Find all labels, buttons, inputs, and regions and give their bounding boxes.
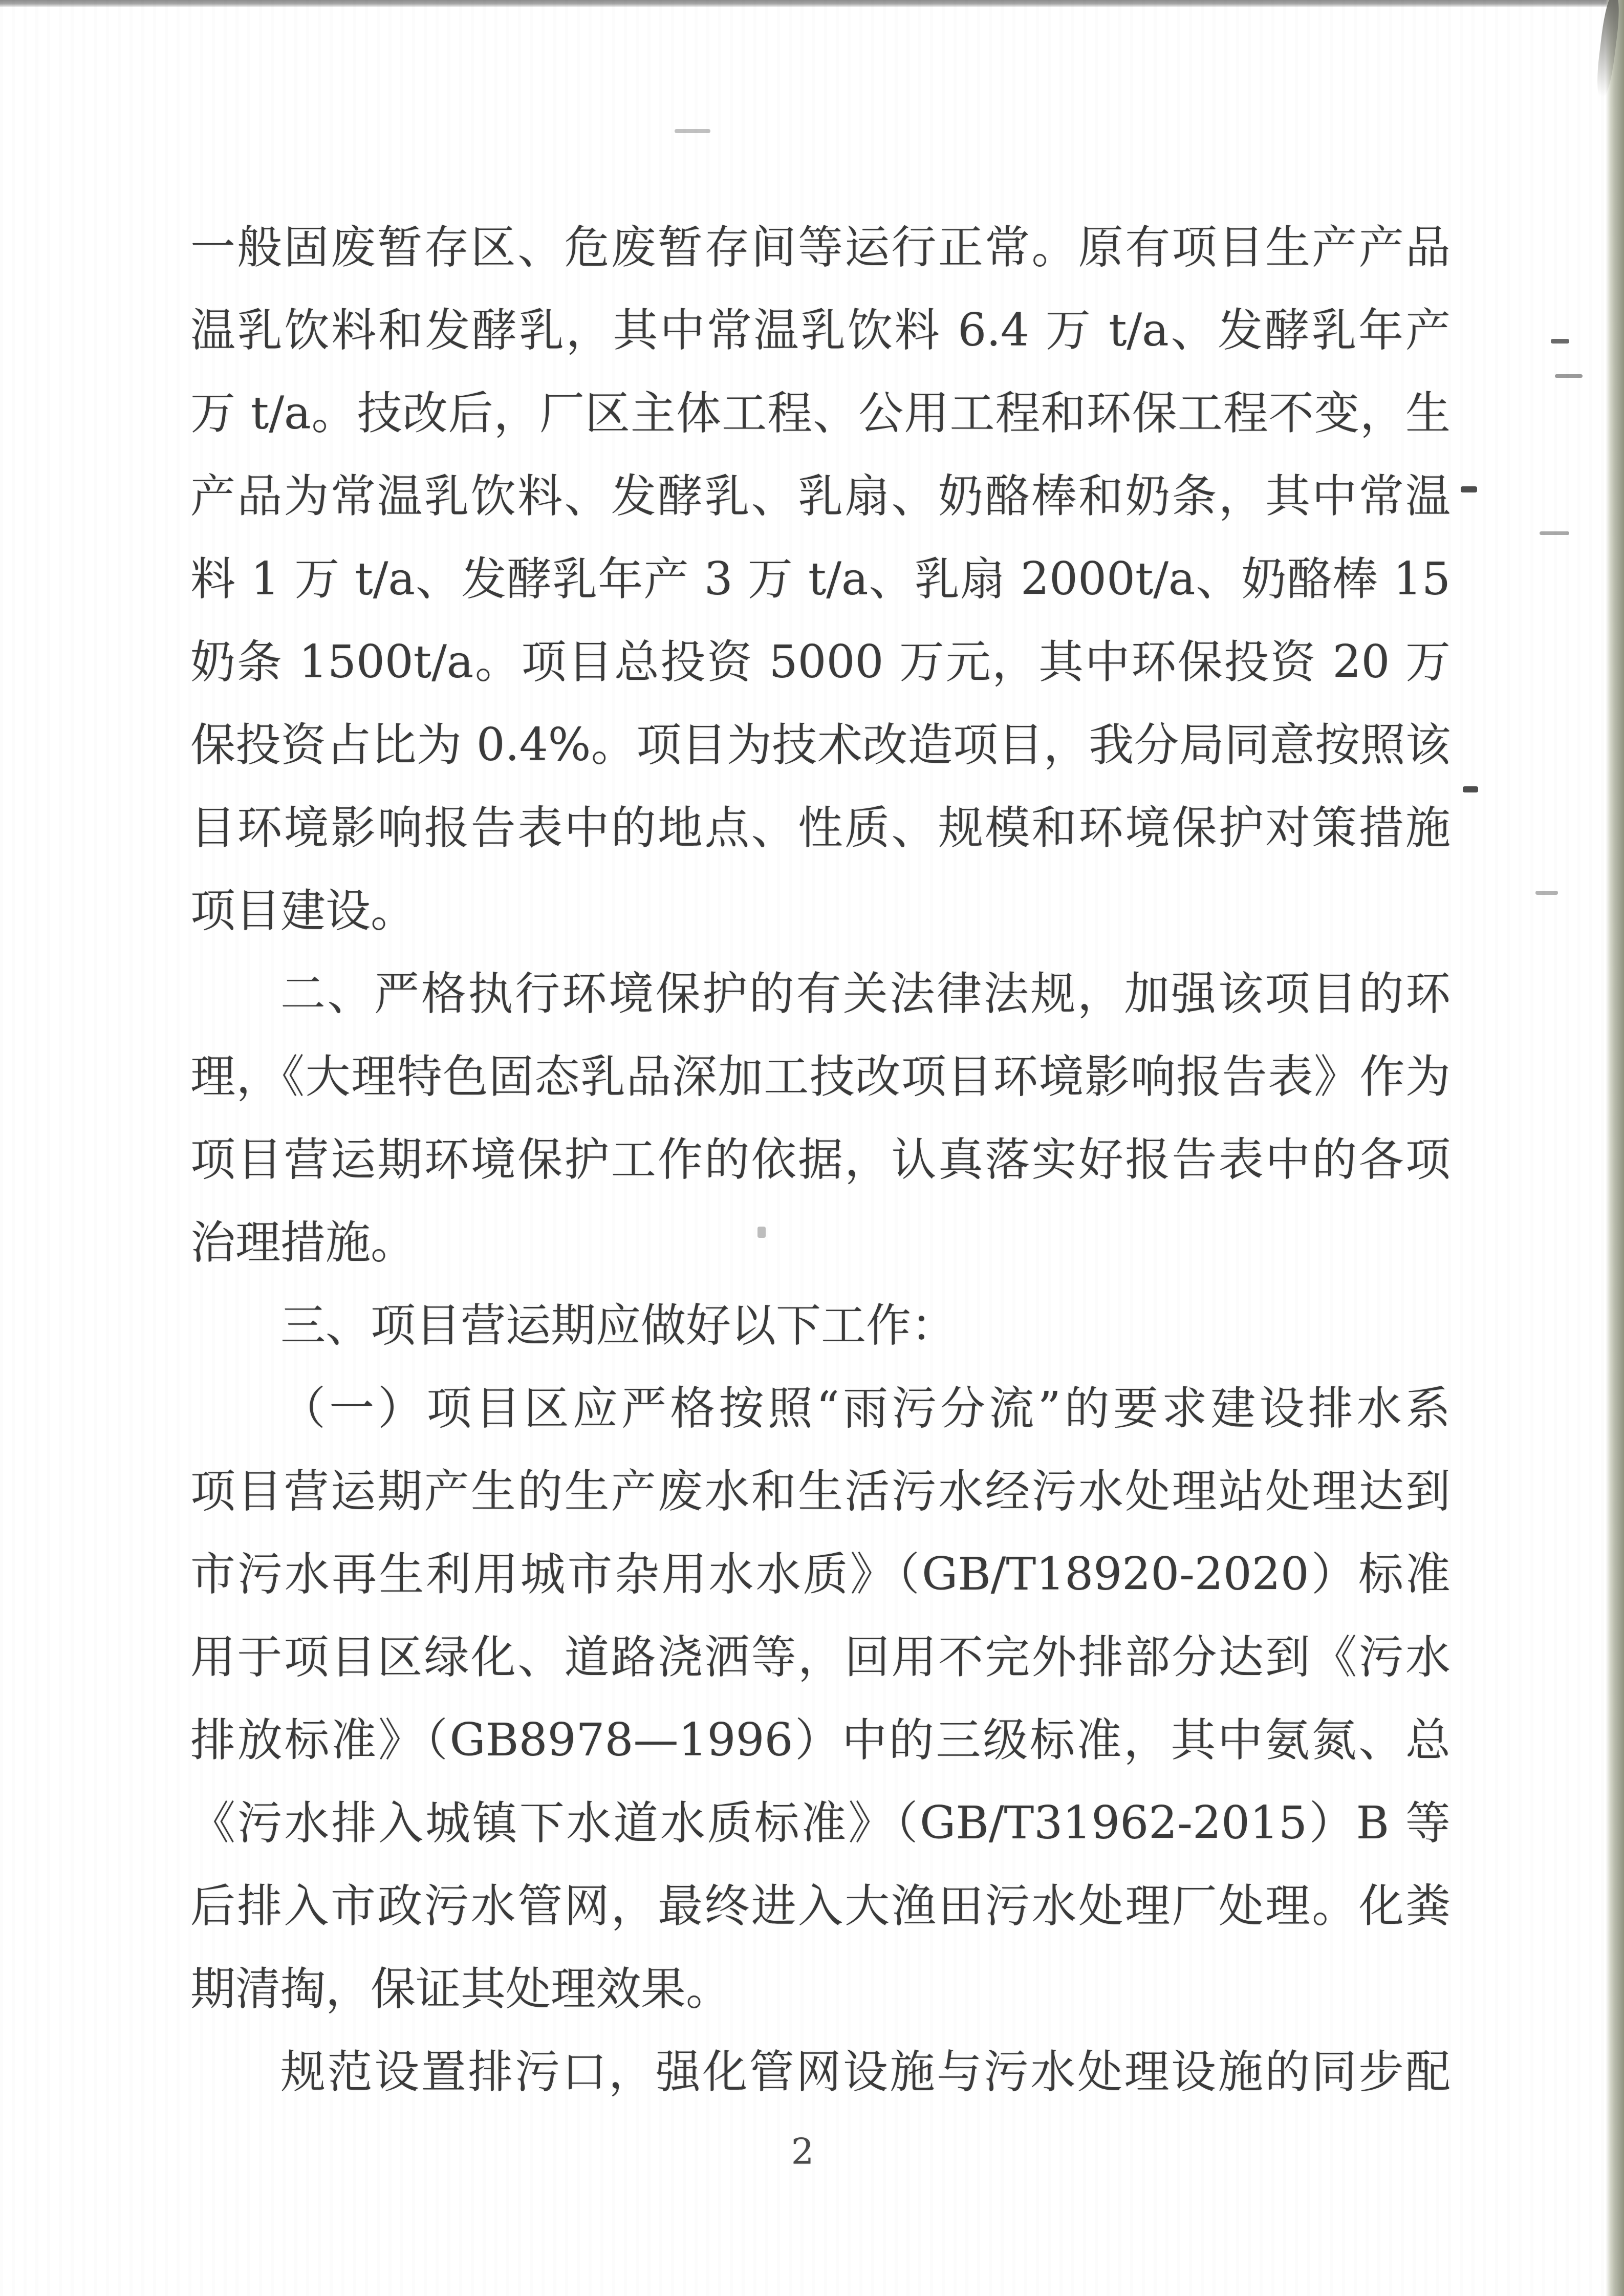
text-line: 理，《大理特色固态乳品深加工技改项目环境影响报告表》作为该 bbox=[190, 1035, 1450, 1118]
scan-artifact bbox=[1555, 374, 1583, 378]
text-line: 温乳饮料和发酵乳，其中常温乳饮料 6.4 万 t/a、发酵乳年产 1.8 bbox=[190, 289, 1450, 372]
text-line: 《污水排入城镇下水道水质标准》（GB/T31962-2015）B 等级标准 bbox=[190, 1782, 1450, 1864]
scan-top-edge bbox=[0, 0, 1624, 7]
scan-artifact bbox=[1535, 891, 1558, 895]
text-line: 保投资占比为 0.4%。项目为技术改造项目，我分局同意按照该项 bbox=[190, 703, 1450, 786]
text-line: 期清掏，保证其处理效果。 bbox=[190, 1947, 1450, 2030]
text-line: 规范设置排污口，强化管网设施与污水处理设施的同步配套建 bbox=[190, 2030, 1450, 2113]
text-line: 奶条 1500t/a。项目总投资 5000 万元，其中环保投资 20 万元，环 bbox=[190, 620, 1450, 703]
scan-artifact bbox=[1461, 486, 1477, 492]
text-line: 后排入市政污水管网，最终进入大渔田污水处理厂处理。化粪池定 bbox=[190, 1864, 1450, 1947]
text-line: 市污水再生利用城市杂用水水质》（GB/T18920-2020）标准要求后回 bbox=[190, 1533, 1450, 1616]
scanned-document-page: 一般固废暂存区、危废暂存间等运行正常。原有项目生产产品为常 温乳饮料和发酵乳，其… bbox=[0, 0, 1624, 2296]
scan-artifact bbox=[757, 1227, 766, 1238]
scan-artifact bbox=[1540, 531, 1569, 535]
text-line: 二、严格执行环境保护的有关法律法规，加强该项目的环保管 bbox=[190, 952, 1450, 1035]
scan-artifact bbox=[1551, 339, 1569, 344]
scan-artifact bbox=[1463, 786, 1478, 792]
text-line: 目环境影响报告表中的地点、性质、规模和环境保护对策措施进行 bbox=[190, 786, 1450, 869]
text-line: 项目营运期环境保护工作的依据，认真落实好报告表中的各项污染 bbox=[190, 1118, 1450, 1201]
text-line: 一般固废暂存区、危废暂存间等运行正常。原有项目生产产品为常 bbox=[190, 206, 1450, 289]
text-line: 项目营运期产生的生产废水和生活污水经污水处理站处理达到《城 bbox=[190, 1450, 1450, 1533]
page-number: 2 bbox=[0, 2129, 1605, 2175]
scan-right-edge bbox=[1606, 0, 1624, 2296]
text-line: （一）项目区应严格按照“雨污分流”的要求建设排水系统。 bbox=[190, 1367, 1450, 1450]
text-line: 产品为常温乳饮料、发酵乳、乳扇、奶酪棒和奶条，其中常温乳饮 bbox=[190, 455, 1450, 538]
scan-artifact bbox=[675, 129, 710, 133]
text-line: 项目建设。 bbox=[190, 869, 1450, 952]
text-line: 治理措施。 bbox=[190, 1201, 1450, 1284]
text-line: 排放标准》（GB8978—1996）中的三级标准，其中氨氮、总磷达到 bbox=[190, 1699, 1450, 1782]
text-line: 料 1 万 t/a、发酵乳年产 3 万 t/a、乳扇 2000t/a、奶酪棒 1… bbox=[190, 538, 1450, 620]
text-line: 用于项目区绿化、道路浇洒等，回用不完外排部分达到《污水综合 bbox=[190, 1616, 1450, 1699]
text-line: 三、项目营运期应做好以下工作： bbox=[190, 1284, 1450, 1367]
text-line: 万 t/a。技改后，厂区主体工程、公用工程和环保工程不变，生产 bbox=[190, 372, 1450, 455]
document-body: 一般固废暂存区、危废暂存间等运行正常。原有项目生产产品为常 温乳饮料和发酵乳，其… bbox=[190, 206, 1450, 2113]
